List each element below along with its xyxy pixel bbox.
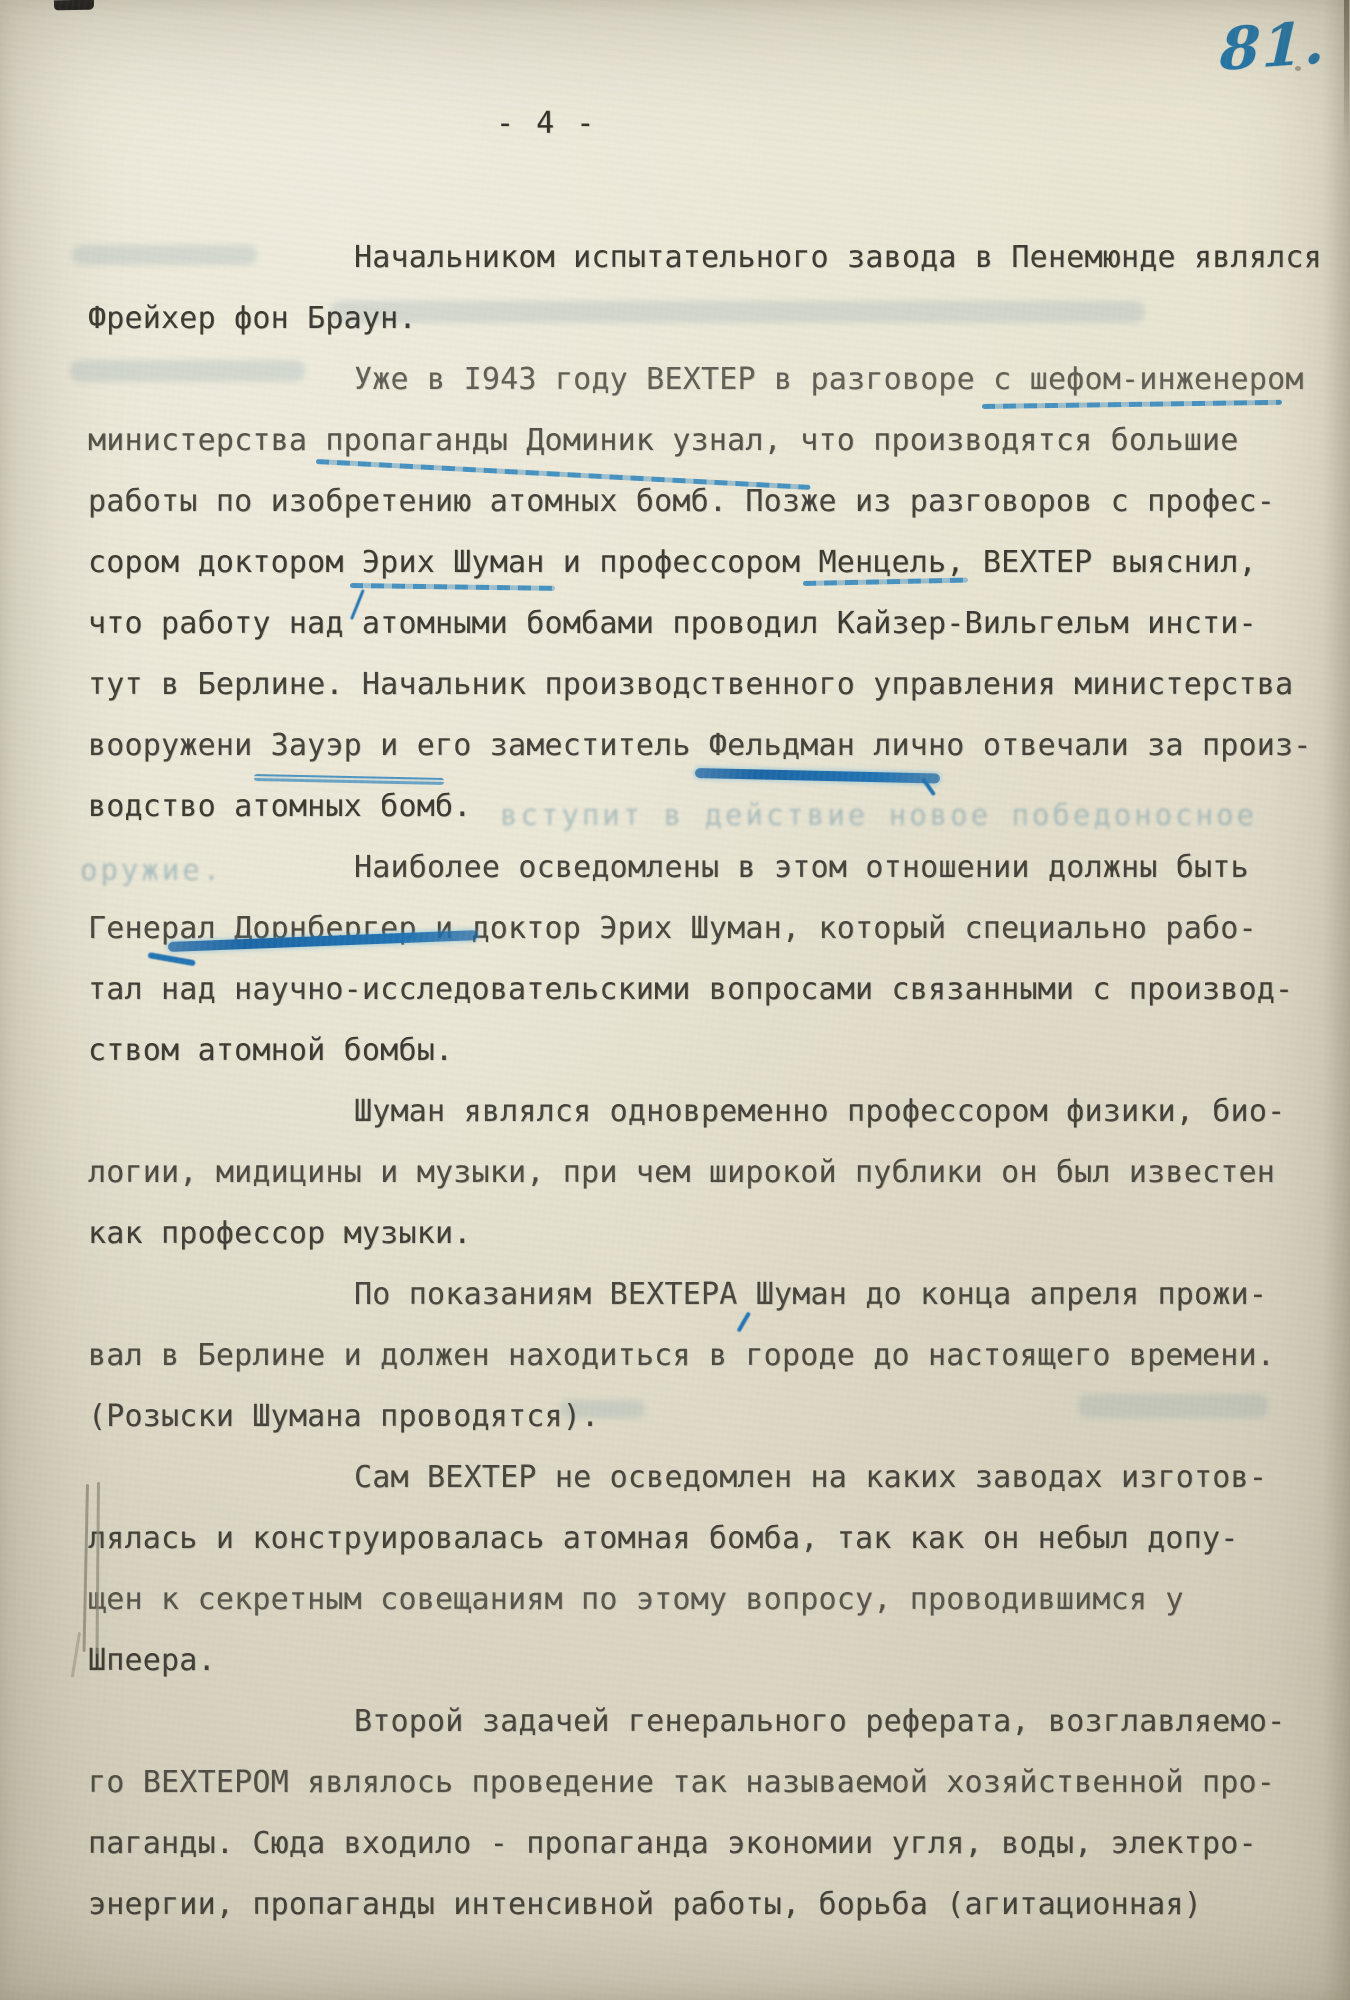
text-line: паганды. Сюда входило - пропаганда эконо… bbox=[88, 1813, 1338, 1874]
text-line: министерства пропаганды Доминик узнал, ч… bbox=[88, 410, 1338, 471]
margin-mark-tail bbox=[71, 1632, 81, 1678]
text-line: Наиболее осведомлены в этом отношении до… bbox=[88, 837, 1338, 898]
text-line: Шуман являлся одновременно профессором ф… bbox=[88, 1081, 1338, 1142]
text-line: ством атомной бомбы. bbox=[88, 1020, 1338, 1081]
text-line: Шпеера. bbox=[88, 1630, 1338, 1691]
text-line: По показаниям ВЕХТЕРА Шуман до конца апр… bbox=[88, 1264, 1338, 1325]
text-line: го ВЕХТЕРОМ являлось проведение так назы… bbox=[88, 1752, 1338, 1813]
scanned-document-page: 81. - 4 - вступит в действие новое побед… bbox=[0, 0, 1350, 2000]
text-line: логии, мидицины и музыки, при чем широко… bbox=[88, 1142, 1338, 1203]
text-line: (Розыски Шумана проводятся). bbox=[88, 1386, 1338, 1447]
handwritten-page-number: 81. bbox=[1219, 8, 1328, 84]
text-line: щен к секретным совещаниям по этому вопр… bbox=[88, 1569, 1338, 1630]
typed-page-number: - 4 - bbox=[496, 106, 596, 141]
text-line: лялась и конструировалась атомная бомба,… bbox=[88, 1508, 1338, 1569]
text-line: Сам ВЕХТЕР не осведомлен на каких завода… bbox=[88, 1447, 1338, 1508]
text-line: Генерал Дорнбергер и доктор Эрих Шуман, … bbox=[88, 898, 1338, 959]
text-line: как профессор музыки. bbox=[88, 1203, 1338, 1264]
text-line: тут в Берлине. Начальник производственно… bbox=[88, 654, 1338, 715]
text-line: Начальником испытательного завода в Пене… bbox=[88, 227, 1338, 288]
scan-corner-blob bbox=[54, 0, 94, 10]
text-line: водство атомных бомб. bbox=[88, 776, 1338, 837]
text-line: сором доктором Эрих Шуман и профессором … bbox=[88, 532, 1338, 593]
text-line: тал над научно-исследовательскими вопрос… bbox=[88, 959, 1338, 1020]
text-line: что работу над атомными бомбами проводил… bbox=[88, 593, 1338, 654]
text-line: вооружени Зауэр и его заместитель Фельдм… bbox=[88, 715, 1338, 776]
text-line: Фрейхер фон Браун. bbox=[88, 288, 1338, 349]
text-line: Второй задачей генерального реферата, во… bbox=[88, 1691, 1338, 1752]
text-line: вал в Берлине и должен находиться в горо… bbox=[88, 1325, 1338, 1386]
text-line: энергии, пропаганды интенсивной работы, … bbox=[88, 1874, 1338, 1935]
